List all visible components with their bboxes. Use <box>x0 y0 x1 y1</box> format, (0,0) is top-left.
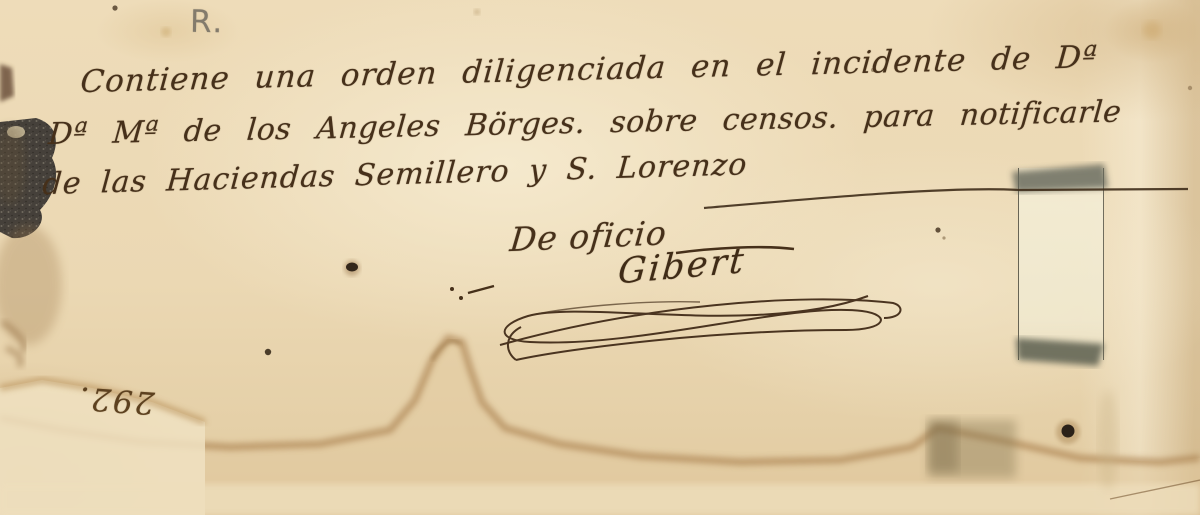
pencil-annotation-r: R. <box>190 4 225 41</box>
flourish-rule-line <box>704 189 1188 208</box>
left-stain-blob <box>0 64 62 366</box>
signature-flourish <box>500 296 900 360</box>
signature-lead-marks <box>450 286 494 300</box>
bottom-tear <box>0 338 1200 515</box>
manuscript-page: R. Contiene una orden diligenciada en el… <box>0 0 1200 515</box>
